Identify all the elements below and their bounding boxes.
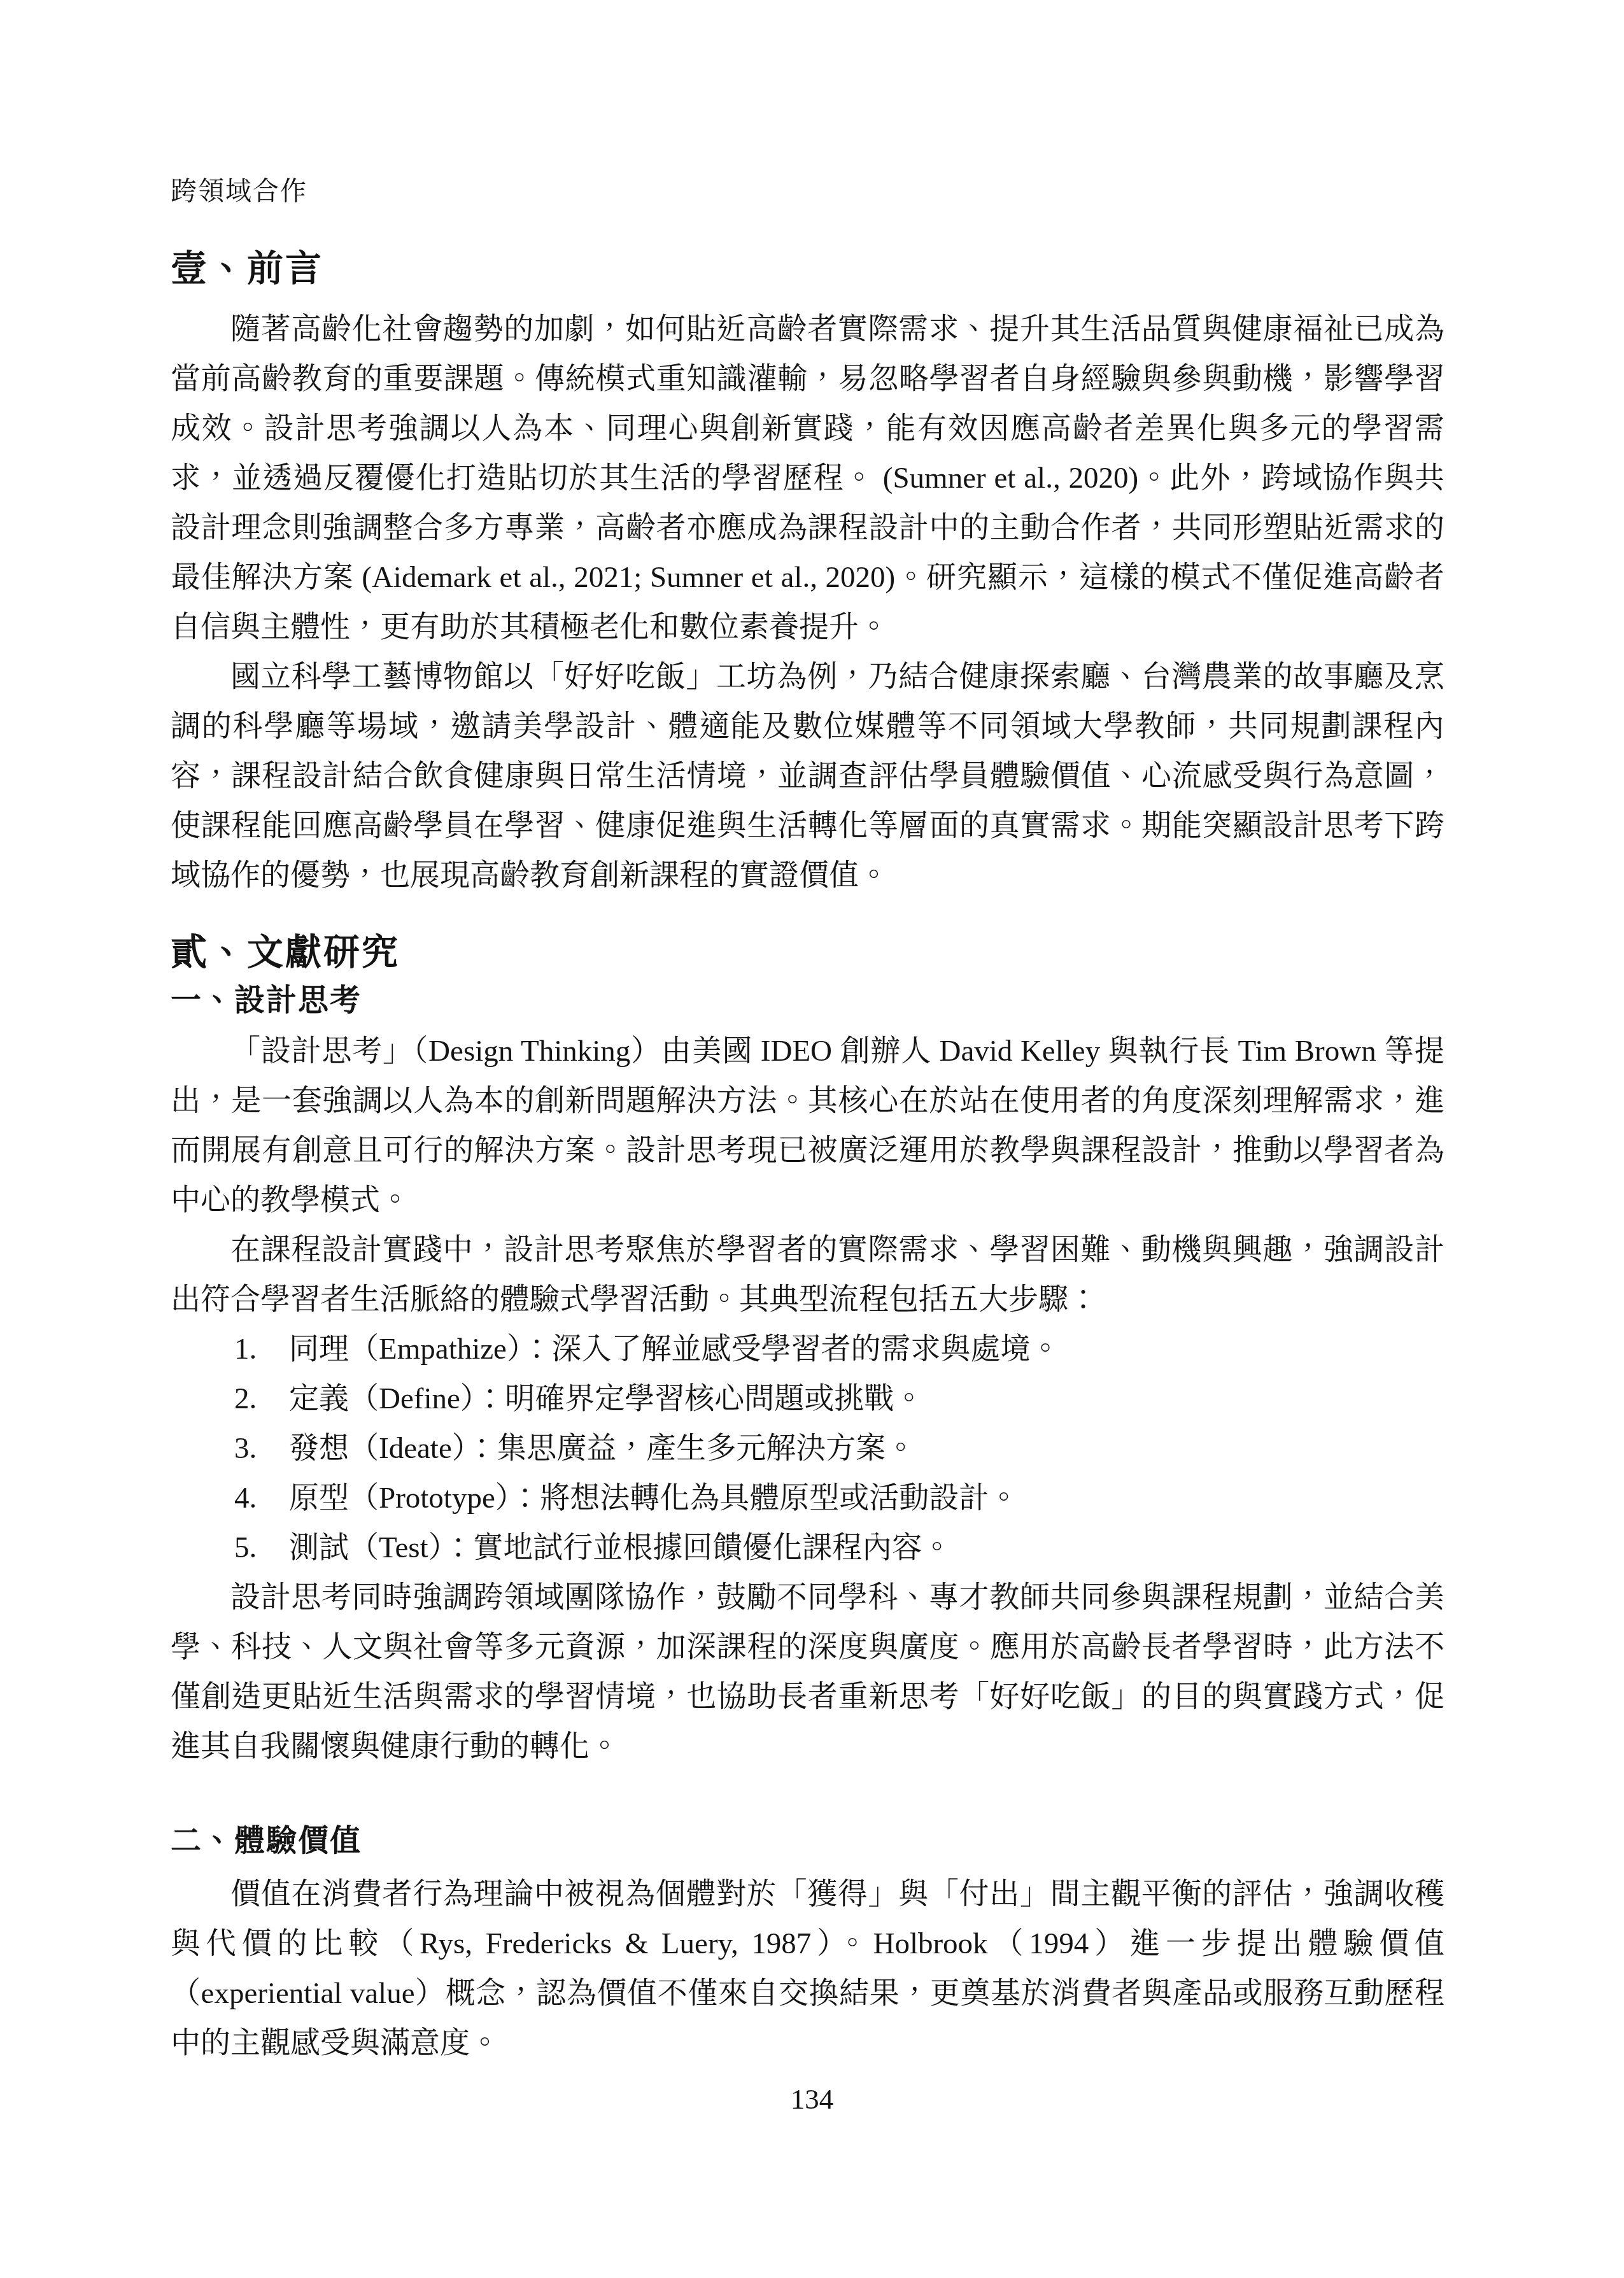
list-item-define: 2.定義（Define）：明確界定學習核心問題或挑戰。 [234, 1374, 1444, 1424]
list-item-number: 4. [234, 1473, 289, 1523]
running-header: 跨領域合作 [171, 177, 1444, 205]
section-heading-literature: 貳、文獻研究 [171, 933, 1444, 973]
document-page: 跨領域合作 壹、前言 隨著高齡化社會趨勢的加劇，如何貼近高齡者實際需求、提升其生… [0, 0, 1624, 2278]
list-item-number: 1. [234, 1324, 289, 1374]
subsection-heading-experiential-value: 二、體驗價值 [171, 1823, 1444, 1859]
list-item-text: 定義（Define）：明確界定學習核心問題或挑戰。 [289, 1382, 924, 1415]
section-heading-intro: 壹、前言 [171, 250, 1444, 289]
list-item-prototype: 4.原型（Prototype）：將想法轉化為具體原型或活動設計。 [234, 1473, 1444, 1523]
list-item-ideate: 3.發想（Ideate）：集思廣益，產生多元解決方案。 [234, 1424, 1444, 1473]
design-thinking-paragraph-2: 在課程設計實踐中，設計思考聚焦於學習者的實際需求、學習困難、動機與興趣，強調設計… [171, 1225, 1444, 1324]
list-item-text: 原型（Prototype）：將想法轉化為具體原型或活動設計。 [289, 1482, 1019, 1515]
intro-paragraph-1: 隨著高齡化社會趨勢的加劇，如何貼近高齡者實際需求、提升其生活品質與健康福祉已成為… [171, 304, 1444, 652]
list-item-empathize: 1.同理（Empathize）：深入了解並感受學習者的需求與處境。 [234, 1324, 1444, 1374]
list-item-text: 同理（Empathize）：深入了解並感受學習者的需求與處境。 [289, 1333, 1060, 1366]
list-item-text: 發想（Ideate）：集思廣益，產生多元解決方案。 [289, 1432, 915, 1465]
list-item-number: 2. [234, 1374, 289, 1424]
intro-paragraph-2: 國立科學工藝博物館以「好好吃飯」工坊為例，乃結合健康探索廳、台灣農業的故事廳及烹… [171, 652, 1444, 900]
design-thinking-paragraph-3: 設計思考同時強調跨領域團隊協作，鼓勵不同學科、專才教師共同參與課程規劃，並結合美… [171, 1573, 1444, 1771]
page-number: 134 [0, 2083, 1624, 2115]
list-item-test: 5.測試（Test）：實地試行並根據回饋優化課程內容。 [234, 1523, 1444, 1573]
list-item-number: 5. [234, 1523, 289, 1573]
subsection-heading-design-thinking: 一、設計思考 [171, 983, 1444, 1019]
design-thinking-steps-list: 1.同理（Empathize）：深入了解並感受學習者的需求與處境。 2.定義（D… [171, 1324, 1444, 1573]
design-thinking-paragraph-1: 「設計思考」（Design Thinking）由美國 IDEO 創辦人 Davi… [171, 1026, 1444, 1225]
list-item-number: 3. [234, 1424, 289, 1473]
list-item-text: 測試（Test）：實地試行並根據回饋優化課程內容。 [289, 1531, 952, 1564]
experiential-value-paragraph-1: 價值在消費者行為理論中被視為個體對於「獲得」與「付出」間主觀平衡的評估，強調收穫… [171, 1869, 1444, 2068]
